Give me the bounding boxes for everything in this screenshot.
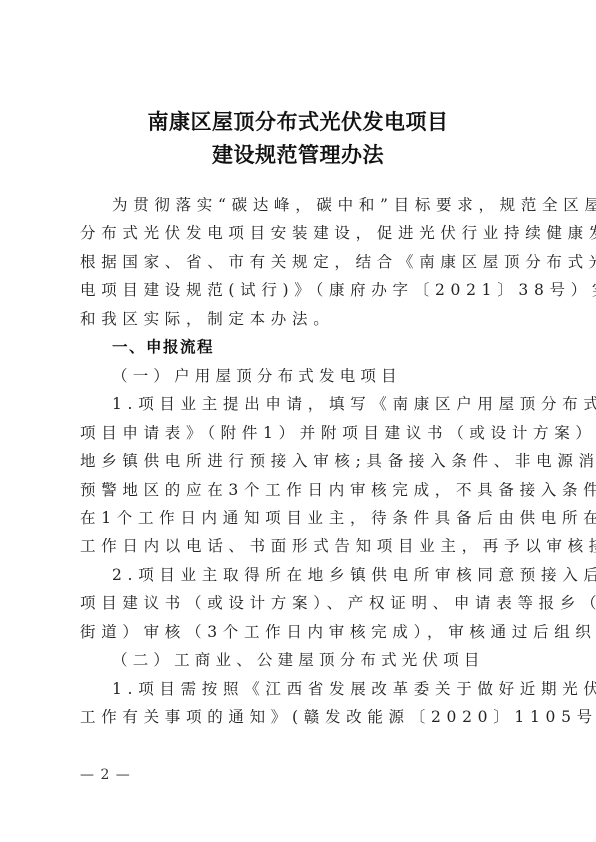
body-text-line: 工作有关事项的通知》(赣发改能源〔2020〕1105号）、《江西 [80, 705, 520, 727]
body-text-line: 在1个工作日内通知项目业主，待条件具备后由供电所在2个 [80, 506, 520, 528]
body-text-line: 地乡镇供电所进行预接入审核;具备接入条件、非电源消纳红色 [80, 449, 520, 471]
body-text-line: 项目建议书（或设计方案）、产权证明、申请表等报乡（镇、 [80, 591, 520, 613]
body-text-line: 分布式光伏发电项目安装建设，促进光伏行业持续健康发展， [80, 221, 520, 243]
body-text-line: 根据国家、省、市有关规定，结合《南康区屋顶分布式光伏发 [80, 250, 520, 272]
body-text-line: 和我区实际，制定本办法。 [80, 307, 520, 329]
body-text-line: 工作日内以电话、书面形式告知项目业主，再予以审核接入。 [80, 534, 520, 556]
subsection-heading: （一）户用屋顶分布式发电项目 [112, 364, 552, 386]
document-title-line-1: 南康区屋顶分布式光伏发电项目 [0, 106, 596, 136]
body-text-line: 1.项目需按照《江西省发展改革委关于做好近期光伏发电 [112, 677, 552, 699]
body-text-line: 项目申请表》（附件1）并附项目建议书（或设计方案）报所在 [80, 421, 520, 443]
document-title-line-2: 建设规范管理办法 [0, 139, 596, 169]
body-text-line: 1.项目业主提出申请，填写《南康区户用屋顶分布式发电 [112, 392, 552, 414]
subsection-heading: （二）工商业、公建屋顶分布式光伏项目 [112, 648, 552, 670]
body-text-line: 2.项目业主取得所在地乡镇供电所审核同意预接入后，将 [112, 563, 552, 585]
section-heading: 一、申报流程 [112, 335, 552, 357]
body-text-line: 为贯彻落实“碳达峰，碳中和”目标要求，规范全区屋顶 [112, 193, 552, 215]
body-text-line: 预警地区的应在3个工作日内审核完成，不具备接入条件的应 [80, 478, 520, 500]
page-number: — 2 — [80, 767, 131, 783]
body-text-line: 街道）审核（3个工作日内审核完成），审核通过后组织实施。 [80, 620, 520, 642]
body-text-line: 电项目建设规范(试行)》（康府办字〔2021〕38号）实施情况 [80, 278, 520, 300]
